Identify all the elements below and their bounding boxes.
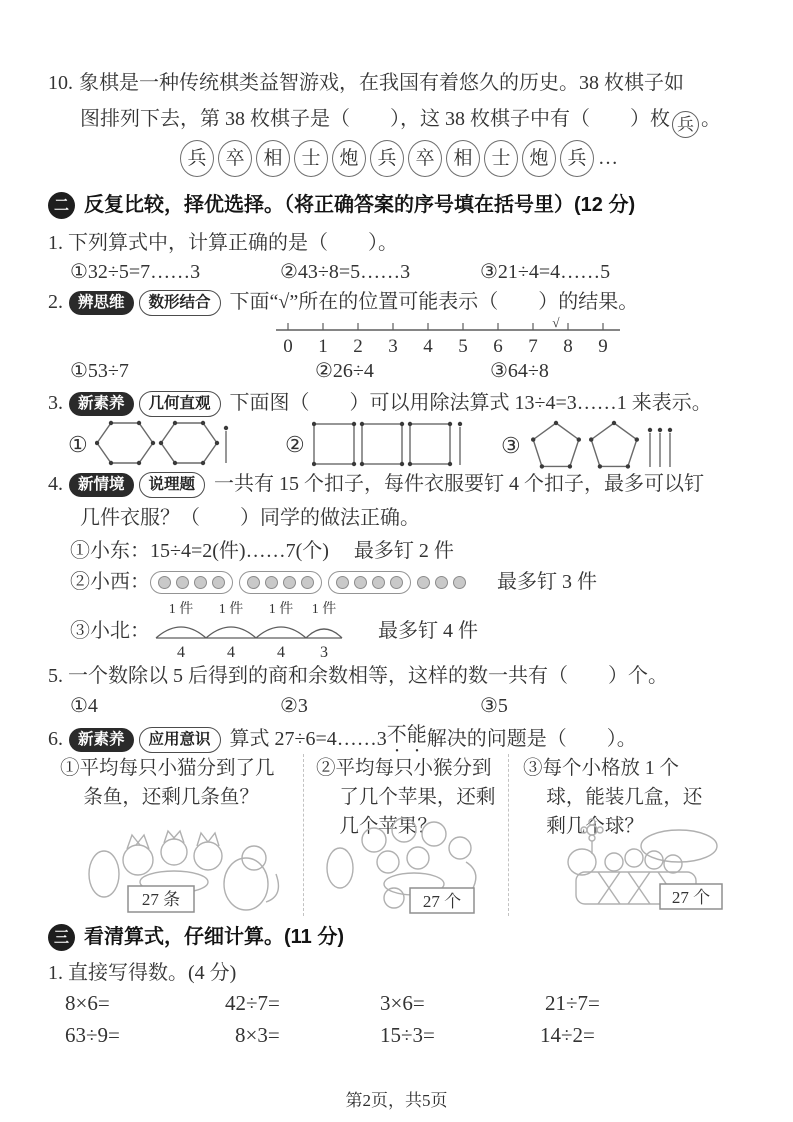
badge-shuxing-jiehe: 数形结合: [139, 290, 221, 316]
s2-question-3: 3. 新素养 几何直观 下面图（ ）可以用除法算式 13÷4=3……1 来表示。: [48, 390, 750, 417]
badge-yingyong-yishi: 应用意识: [139, 727, 221, 753]
button-icon: [390, 576, 403, 589]
s2-question-5-text: 5. 一个数除以 5 后得到的商和余数相等，这样的数一共有（ ）个。: [48, 665, 668, 687]
chess-piece: 兵: [370, 140, 404, 177]
tick-label: 7: [528, 336, 538, 357]
figure-label-3: ③: [501, 432, 521, 459]
button-icon: [247, 576, 260, 589]
button-icon: [336, 576, 349, 589]
button-icon: [176, 576, 189, 589]
tick-label: 6: [493, 336, 503, 357]
button-icon: [354, 576, 367, 589]
button-group: [328, 571, 411, 594]
s2-question-1-text: 1. 下列算式中，计算正确的是（ ）。: [48, 232, 398, 254]
badge-jihe-zhiguan: 几何直观: [139, 391, 221, 417]
button-icon: [301, 576, 314, 589]
s2-question-6: 6. 新素养 应用意识 算式 27÷6=4……3 不能解决的问题是（ ）。: [48, 722, 750, 757]
count-label-apples: 27 个: [423, 892, 461, 911]
tick-label: 3: [388, 336, 398, 357]
button-icon: [194, 576, 207, 589]
calc-expression: 3×6=: [380, 990, 425, 1017]
pentagons-drawing: [528, 417, 676, 473]
arc-bottom-value: 4: [277, 644, 285, 661]
s2-question-6-text-post: 解决的问题是（ ）。: [427, 726, 637, 753]
page-number: 第2页，共5页: [346, 1091, 448, 1110]
badge-bian-siwei: 辨思维: [69, 291, 134, 315]
question-10-text1: 象棋是一种传统棋类益智游戏，在我国有着悠久的历史。38 枚棋子如: [79, 72, 684, 94]
q6-column-1: ①平均每只小猫分到了几条鱼，还剩几条鱼？ 27 条: [48, 754, 303, 916]
calc-expression: 63÷9=: [65, 1022, 120, 1049]
tick-label: 1: [318, 336, 328, 357]
s2-question-3-number: 3.: [48, 390, 63, 417]
s2-question-5: 5. 一个数除以 5 后得到的商和余数相等，这样的数一共有（ ）个。: [48, 663, 750, 690]
button-icon: [283, 576, 296, 589]
tick-label: 2: [353, 336, 363, 357]
cats-illustration: 27 条: [86, 822, 291, 914]
chess-piece-row: 兵 卒 相 士 炮 兵 卒 相 士 炮 兵 …: [48, 140, 750, 177]
s3-question-1: 1. 直接写得数。(4 分): [48, 960, 750, 987]
badge-shuoli-ti: 说理题: [139, 472, 206, 498]
chess-piece: 卒: [218, 140, 252, 177]
q6-column-2: ②平均每只小猴分到了几个苹果，还剩几个苹果？ 27 个: [303, 754, 508, 916]
calc-expression: 21÷7=: [545, 990, 600, 1017]
monkeys-illustration: 27 个: [326, 810, 501, 914]
q6-column-3: ③每个小格放 1 个球，能装几盒，还剩几个球？ 27 个: [508, 754, 750, 916]
badge-xin-qingjing: 新情境: [69, 473, 134, 497]
badge-xin-suyang: 新素养: [69, 392, 134, 416]
section-3-header: 三 看清算式，仔细计算。(11 分): [48, 924, 750, 951]
worksheet-page: 10.象棋是一种传统棋类益智游戏，在我国有着悠久的历史。38 枚棋子如 图排列下…: [0, 0, 793, 1122]
badge-xin-suyang: 新素养: [69, 728, 134, 752]
s2-question-4-line2: 几件衣服？（ ）同学的做法正确。: [80, 505, 782, 532]
s2-question-6-columns: ①平均每只小猫分到了几条鱼，还剩几条鱼？ 27 条 ②平均每只小猴分到了几个苹果…: [48, 754, 750, 916]
question-10-line1: 10.象棋是一种传统棋类益智游戏，在我国有着悠久的历史。38 枚棋子如: [48, 70, 750, 97]
number-line-figure: 0 1 2 3 4 5 6 7 8 9 √: [276, 316, 620, 362]
question-10-text2a: 图排列下去，第 38 枚棋子是（ ），这 38 枚棋子中有（ ）枚: [80, 108, 670, 130]
page-footer: 第2页，共5页: [0, 1086, 793, 1111]
q6-column-1-text: ①平均每只小猫分到了几条鱼，还剩几条鱼？: [60, 754, 278, 812]
chess-piece: 相: [256, 140, 290, 177]
calc-expression: 8×3=: [235, 1022, 280, 1049]
count-label-fish: 27 条: [142, 890, 180, 909]
option-2: ②26÷4: [315, 358, 374, 385]
button-icon: [453, 576, 466, 589]
chess-piece: 兵: [560, 140, 594, 177]
s2-question-2: 2. 辨思维 数形结合 下面“√”所在的位置可能表示（ ）的结果。: [48, 289, 750, 316]
s2-question-3-text: 下面图（ ）可以用除法算式 13÷4=3……1 来表示。: [230, 390, 712, 417]
arc-bottom-value: 3: [320, 644, 328, 661]
figure-hexagons: ①: [68, 417, 231, 471]
tick-label: 9: [598, 336, 608, 357]
s2-question-4-number: 4.: [48, 471, 63, 498]
figure-label-1: ①: [68, 431, 88, 458]
option-1: ①32÷5=7……3: [70, 259, 200, 286]
s2-question-6-text-pre: 算式 27÷6=4……3: [230, 726, 387, 753]
question-10-number: 10.: [48, 72, 73, 94]
option-3: ③21÷4=4……5: [480, 259, 610, 286]
chess-piece: 兵: [180, 140, 214, 177]
check-mark: √: [552, 316, 560, 330]
option-xiaobei-label: ③小北：: [70, 618, 150, 645]
s2-question-1: 1. 下列算式中，计算正确的是（ ）。: [48, 230, 750, 257]
button-group: [239, 571, 322, 594]
arc-bottom-value: 4: [177, 644, 185, 661]
section-2-header: 二 反复比较，择优选择。（将正确答案的序号填在括号里）(12 分): [48, 192, 750, 219]
option-2: ②3: [280, 693, 308, 720]
arc-top-label: 1 件: [219, 601, 244, 617]
calc-expression: 42÷7=: [225, 990, 280, 1017]
tick-label: 5: [458, 336, 468, 357]
question-10-line2: 图排列下去，第 38 枚棋子是（ ），这 38 枚棋子中有（ ）枚兵。: [80, 106, 782, 138]
figure-squares: ②: [285, 417, 466, 471]
option-xiaoxi-answer: 最多钉 3 件: [497, 569, 597, 596]
hexagons-drawing: [95, 417, 231, 471]
s2-question-4-text1: 一共有 15 个扣子，每件衣服要钉 4 个扣子，最多可以钉: [214, 471, 704, 498]
chess-piece: 炮: [332, 140, 366, 177]
button-icon: [435, 576, 448, 589]
s2-question-4-text2: 几件衣服？（ ）同学的做法正确。: [80, 507, 420, 529]
ball-box-illustration: 27 个: [564, 818, 729, 914]
tick-label: 4: [423, 336, 433, 357]
section-3-marker-icon: 三: [48, 924, 75, 951]
option-xiaoxi-label: ②小西：: [70, 569, 150, 596]
s2-question-4-option-3: ③小北： 1 件 1 件 1 件 1 件 4 4 4 3 最多钉 4 件: [70, 600, 772, 662]
section-3-title: 看清算式，仔细计算。(11 分): [84, 924, 344, 951]
s2-question-6-number: 6.: [48, 726, 63, 753]
squares-drawing: [312, 417, 466, 471]
option-xiaobei-answer: 最多钉 4 件: [378, 618, 478, 645]
s2-question-4-option-1: ①小东：15÷4=2(件)……7(个) 最多钉 2 件: [70, 538, 772, 565]
s3-question-1-text: 1. 直接写得数。(4 分): [48, 962, 236, 984]
s2-question-4-option-2: ②小西： 最多钉 3 件: [70, 569, 772, 596]
question-10-text2b: 。: [701, 108, 721, 130]
button-icon: [372, 576, 385, 589]
button-icon: [212, 576, 225, 589]
button-icon: [417, 576, 430, 589]
count-label-balls: 27 个: [672, 888, 710, 907]
option-3: ③64÷8: [490, 358, 549, 385]
section-2-marker-icon: 二: [48, 192, 75, 219]
option-1: ①4: [70, 693, 98, 720]
option-1: ①53÷7: [70, 358, 129, 385]
calc-expression: 8×6=: [65, 990, 110, 1017]
chess-piece: 炮: [522, 140, 556, 177]
arc-grouping-drawing: 1 件 1 件 1 件 1 件 4 4 4 3: [150, 600, 352, 662]
s2-question-6-emphasis: 不能: [387, 722, 427, 757]
arc-bottom-value: 4: [227, 644, 235, 661]
button-icon: [265, 576, 278, 589]
circled-bing-char: 兵: [672, 111, 699, 138]
button-icon: [158, 576, 171, 589]
tick-label: 0: [283, 336, 293, 357]
s2-question-3-figures: ① ②: [48, 417, 750, 475]
arc-top-label: 1 件: [169, 601, 194, 617]
s2-question-4-line1: 4. 新情境 说理题 一共有 15 个扣子，每件衣服要钉 4 个扣子，最多可以钉: [48, 471, 750, 498]
section-2-title: 反复比较，择优选择。（将正确答案的序号填在括号里）(12 分): [84, 192, 635, 219]
option-2: ②43÷8=5……3: [280, 259, 410, 286]
option-xiaodong: ①小东：15÷4=2(件)……7(个) 最多钉 2 件: [70, 540, 454, 562]
chess-piece: 士: [484, 140, 518, 177]
option-3: ③5: [480, 693, 508, 720]
chess-piece: 卒: [408, 140, 442, 177]
button-group: [150, 571, 233, 594]
s2-question-2-text: 下面“√”所在的位置可能表示（ ）的结果。: [230, 289, 639, 316]
arc-top-label: 1 件: [269, 601, 294, 617]
s2-question-2-number: 2.: [48, 289, 63, 316]
figure-pentagons: ③: [494, 417, 676, 473]
figure-label-2: ②: [285, 431, 305, 458]
tick-label: 8: [563, 336, 573, 357]
calc-expression: 14÷2=: [540, 1022, 595, 1049]
chess-piece: 士: [294, 140, 328, 177]
arc-top-label: 1 件: [312, 601, 337, 617]
calc-expression: 15÷3=: [380, 1022, 435, 1049]
chess-piece: 相: [446, 140, 480, 177]
ellipsis-more: …: [598, 145, 618, 172]
